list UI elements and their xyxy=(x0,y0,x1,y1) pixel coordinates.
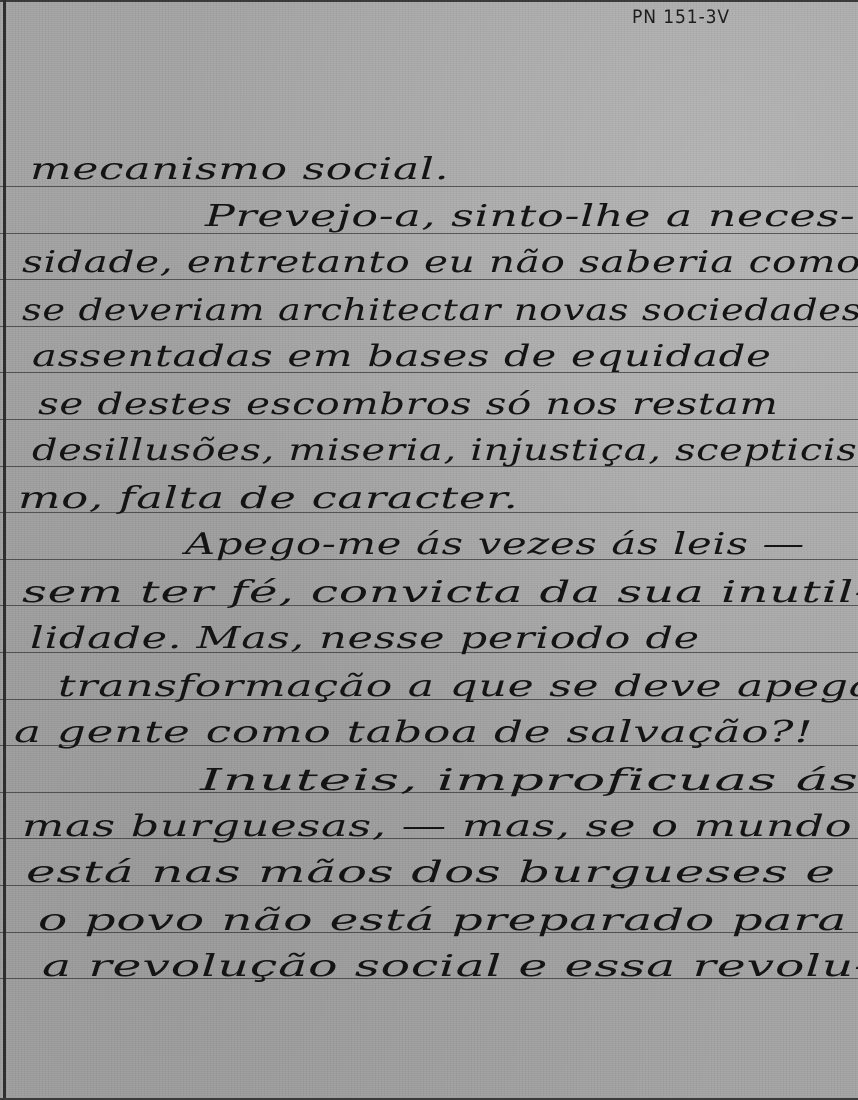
archive-reference: PN 151-3V xyxy=(632,6,730,28)
manuscript-line: o povo não está preparado para xyxy=(38,906,847,936)
manuscript-line: Prevejo-a, sinto-lhe a neces- xyxy=(205,202,855,232)
manuscript-line: está nas mãos dos burgueses e xyxy=(26,858,836,888)
manuscript-line: mas burguesas, — mas, se o mundo xyxy=(22,812,852,842)
page-top-edge xyxy=(0,0,858,2)
manuscript-line: sidade, entretanto eu não saberia como xyxy=(22,248,858,278)
manuscript-line: Inuteis, improficuas ás refor- xyxy=(200,766,858,796)
manuscript-line: a revolução social e essa revolu- xyxy=(42,952,858,982)
manuscript-page: PN 151-3V mecanismo social. Prevejo-a, s… xyxy=(0,0,858,1100)
manuscript-line: desillusões, miseria, injustiça, sceptic… xyxy=(32,436,858,466)
manuscript-line: se deveriam architectar novas sociedades xyxy=(22,296,858,326)
manuscript-line: transformação a que se deve apegar xyxy=(58,672,858,702)
manuscript-line: a gente como taboa de salvação?! xyxy=(14,718,813,748)
manuscript-line: Apego-me ás vezes ás leis — xyxy=(185,530,805,560)
manuscript-line: assentadas em bases de equidade xyxy=(32,342,772,372)
page-left-edge xyxy=(3,0,6,1100)
manuscript-line: se destes escombros só nos restam xyxy=(38,390,778,420)
manuscript-line: mecanismo social. xyxy=(30,155,449,185)
manuscript-line: lidade. Mas, nesse periodo de xyxy=(30,624,700,654)
manuscript-line: mo, falta de caracter. xyxy=(18,484,519,514)
manuscript-line: sem ter fé, convicta da sua inutil- xyxy=(22,578,858,608)
